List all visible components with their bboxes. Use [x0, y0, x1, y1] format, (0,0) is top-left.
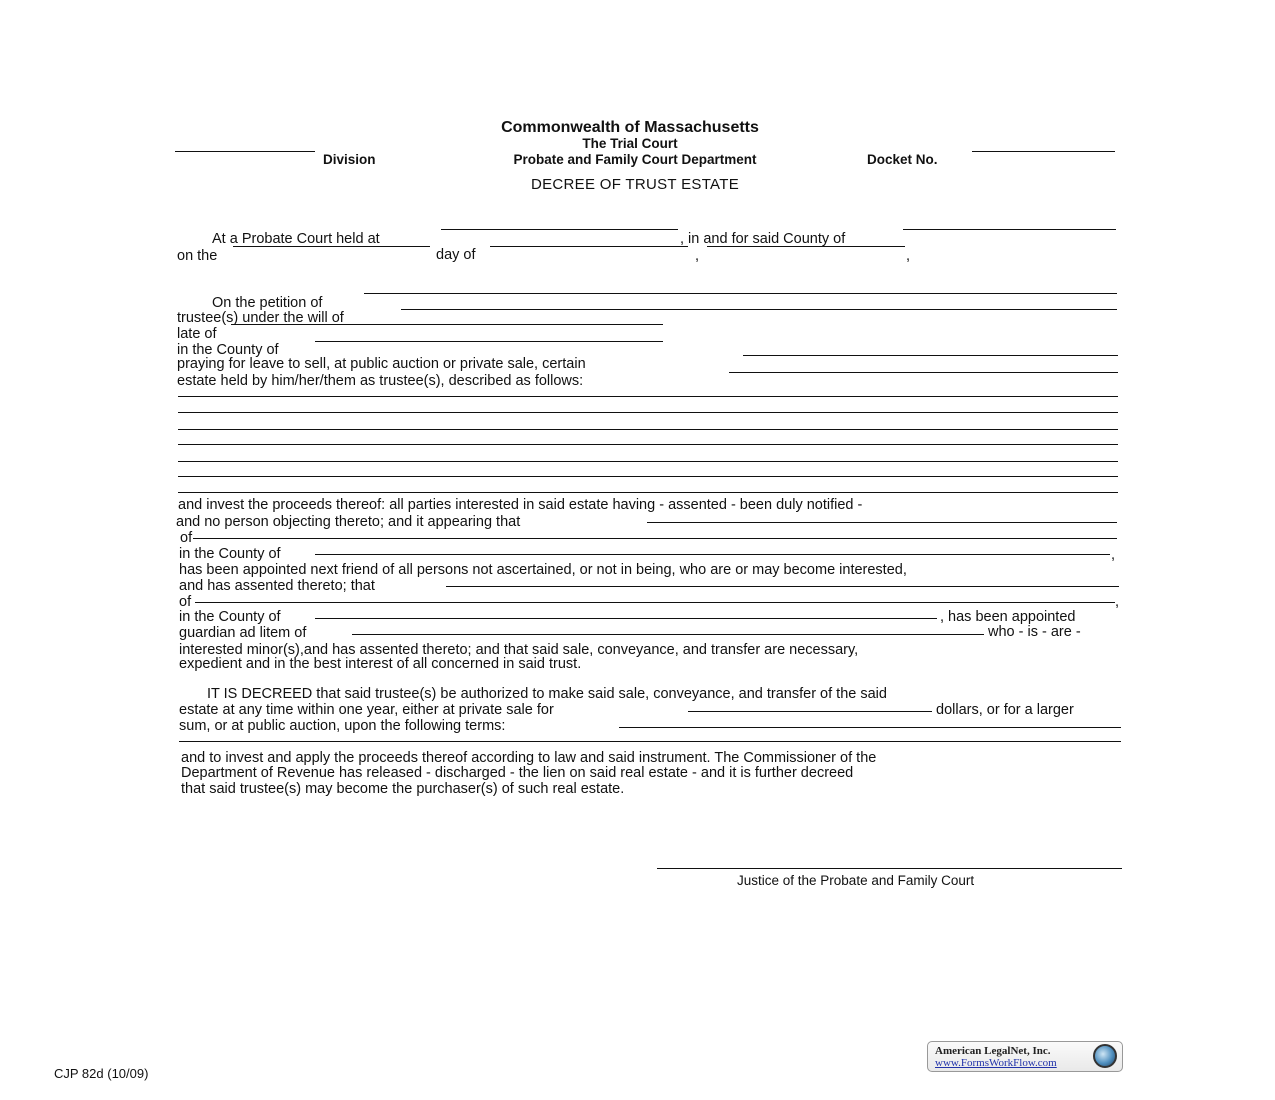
text-purchaser: that said trustee(s) may become the purc…: [181, 781, 624, 797]
terms-line-2[interactable]: [179, 741, 1121, 742]
text-apply-proceeds: and to invest and apply the proceeds the…: [181, 750, 876, 766]
label-of-2: of: [179, 594, 191, 610]
label-in-county-3: in the County of: [179, 609, 281, 625]
description-line-7[interactable]: [178, 492, 1118, 493]
text-dollars: dollars, or for a larger: [936, 702, 1074, 718]
text-decreed: IT IS DECREED that said trustee(s) be au…: [207, 686, 887, 702]
day-field[interactable]: [233, 246, 430, 247]
description-line-1[interactable]: [178, 396, 1118, 397]
late-of-field[interactable]: [231, 324, 663, 325]
appearing-that-field[interactable]: [647, 522, 1117, 523]
year-field[interactable]: [707, 246, 905, 247]
guardian-ad-litem-field[interactable]: [352, 634, 984, 635]
docket-field[interactable]: [972, 151, 1115, 152]
description-first-field[interactable]: [729, 372, 1118, 373]
label-within-year: estate at any time within one year, eith…: [179, 702, 554, 718]
label-estate-held: estate held by him/her/them as trustee(s…: [177, 373, 583, 389]
department-name: Probate and Family Court Department: [435, 152, 835, 167]
logo-url-link[interactable]: www.FormsWorkFlow.com: [935, 1057, 1057, 1069]
description-line-2[interactable]: [178, 412, 1118, 413]
decree-title: DECREE OF TRUST ESTATE: [435, 176, 835, 193]
will-of-field[interactable]: [401, 309, 1117, 310]
label-no-person: and no person objecting thereto; and it …: [176, 514, 520, 530]
text-dept-revenue: Department of Revenue has released - dis…: [181, 765, 853, 781]
private-sale-amount-field[interactable]: [688, 711, 932, 712]
text-expedient: expedient and in the best interest of al…: [179, 656, 581, 672]
text-next-friend: has been appointed next friend of all pe…: [179, 562, 907, 578]
label-for-county: , in and for said County of: [680, 231, 845, 247]
label-petition-of: On the petition of: [212, 295, 322, 311]
justice-label: Justice of the Probate and Family Court: [737, 873, 974, 888]
court-location-field[interactable]: [441, 229, 678, 230]
petitioner-field[interactable]: [364, 293, 1117, 294]
text-has-been-appointed: , has been appointed: [940, 609, 1075, 625]
guardian-county-field[interactable]: [315, 618, 937, 619]
label-praying: praying for leave to sell, at public auc…: [177, 356, 586, 372]
comma: ,: [695, 248, 699, 264]
friend-of-field[interactable]: [193, 538, 1117, 539]
label-in-county-2: in the County of: [179, 546, 281, 562]
label-sum-auction: sum, or at public auction, upon the foll…: [179, 718, 505, 734]
text-who-is-are: who - is - are -: [988, 624, 1081, 640]
text-invest: and invest the proceeds thereof: all par…: [178, 497, 862, 513]
form-title-commonwealth: Commonwealth of Massachusetts: [380, 119, 880, 137]
county-field[interactable]: [903, 229, 1116, 230]
docket-label: Docket No.: [867, 152, 938, 167]
label-on-the: on the: [177, 248, 217, 264]
description-line-5[interactable]: [178, 461, 1118, 462]
label-held-at: At a Probate Court held at: [212, 231, 380, 247]
month-field[interactable]: [490, 246, 688, 247]
comma-2: ,: [1111, 547, 1115, 563]
globe-icon: [1093, 1044, 1117, 1068]
label-assented-that: and has assented thereto; that: [179, 578, 375, 594]
assented-that-field[interactable]: [446, 586, 1119, 587]
petitioner-county-field[interactable]: [315, 341, 663, 342]
comma-3: ,: [1115, 594, 1119, 610]
period: ,: [906, 248, 910, 264]
guardian-of-field[interactable]: [195, 602, 1115, 603]
logo-company-name: American LegalNet, Inc.: [935, 1045, 1050, 1057]
american-legalnet-logo[interactable]: American LegalNet, Inc. www.FormsWorkFlo…: [927, 1041, 1123, 1072]
terms-field[interactable]: [619, 727, 1121, 728]
label-of-1: of: [180, 530, 192, 546]
label-day-of: day of: [436, 247, 476, 263]
division-label: Division: [323, 152, 376, 167]
court-name: The Trial Court: [380, 136, 880, 151]
form-code: CJP 82d (10/09): [54, 1066, 148, 1081]
friend-county-field[interactable]: [315, 554, 1110, 555]
description-line-4[interactable]: [178, 444, 1118, 445]
description-line-3[interactable]: [178, 429, 1118, 430]
division-field[interactable]: [175, 151, 315, 152]
description-line-6[interactable]: [178, 476, 1118, 477]
certain-estate-field[interactable]: [743, 355, 1118, 356]
label-late-of: late of: [177, 326, 217, 342]
justice-signature-field[interactable]: [657, 868, 1122, 869]
label-guardian-ad-litem: guardian ad litem of: [179, 625, 306, 641]
